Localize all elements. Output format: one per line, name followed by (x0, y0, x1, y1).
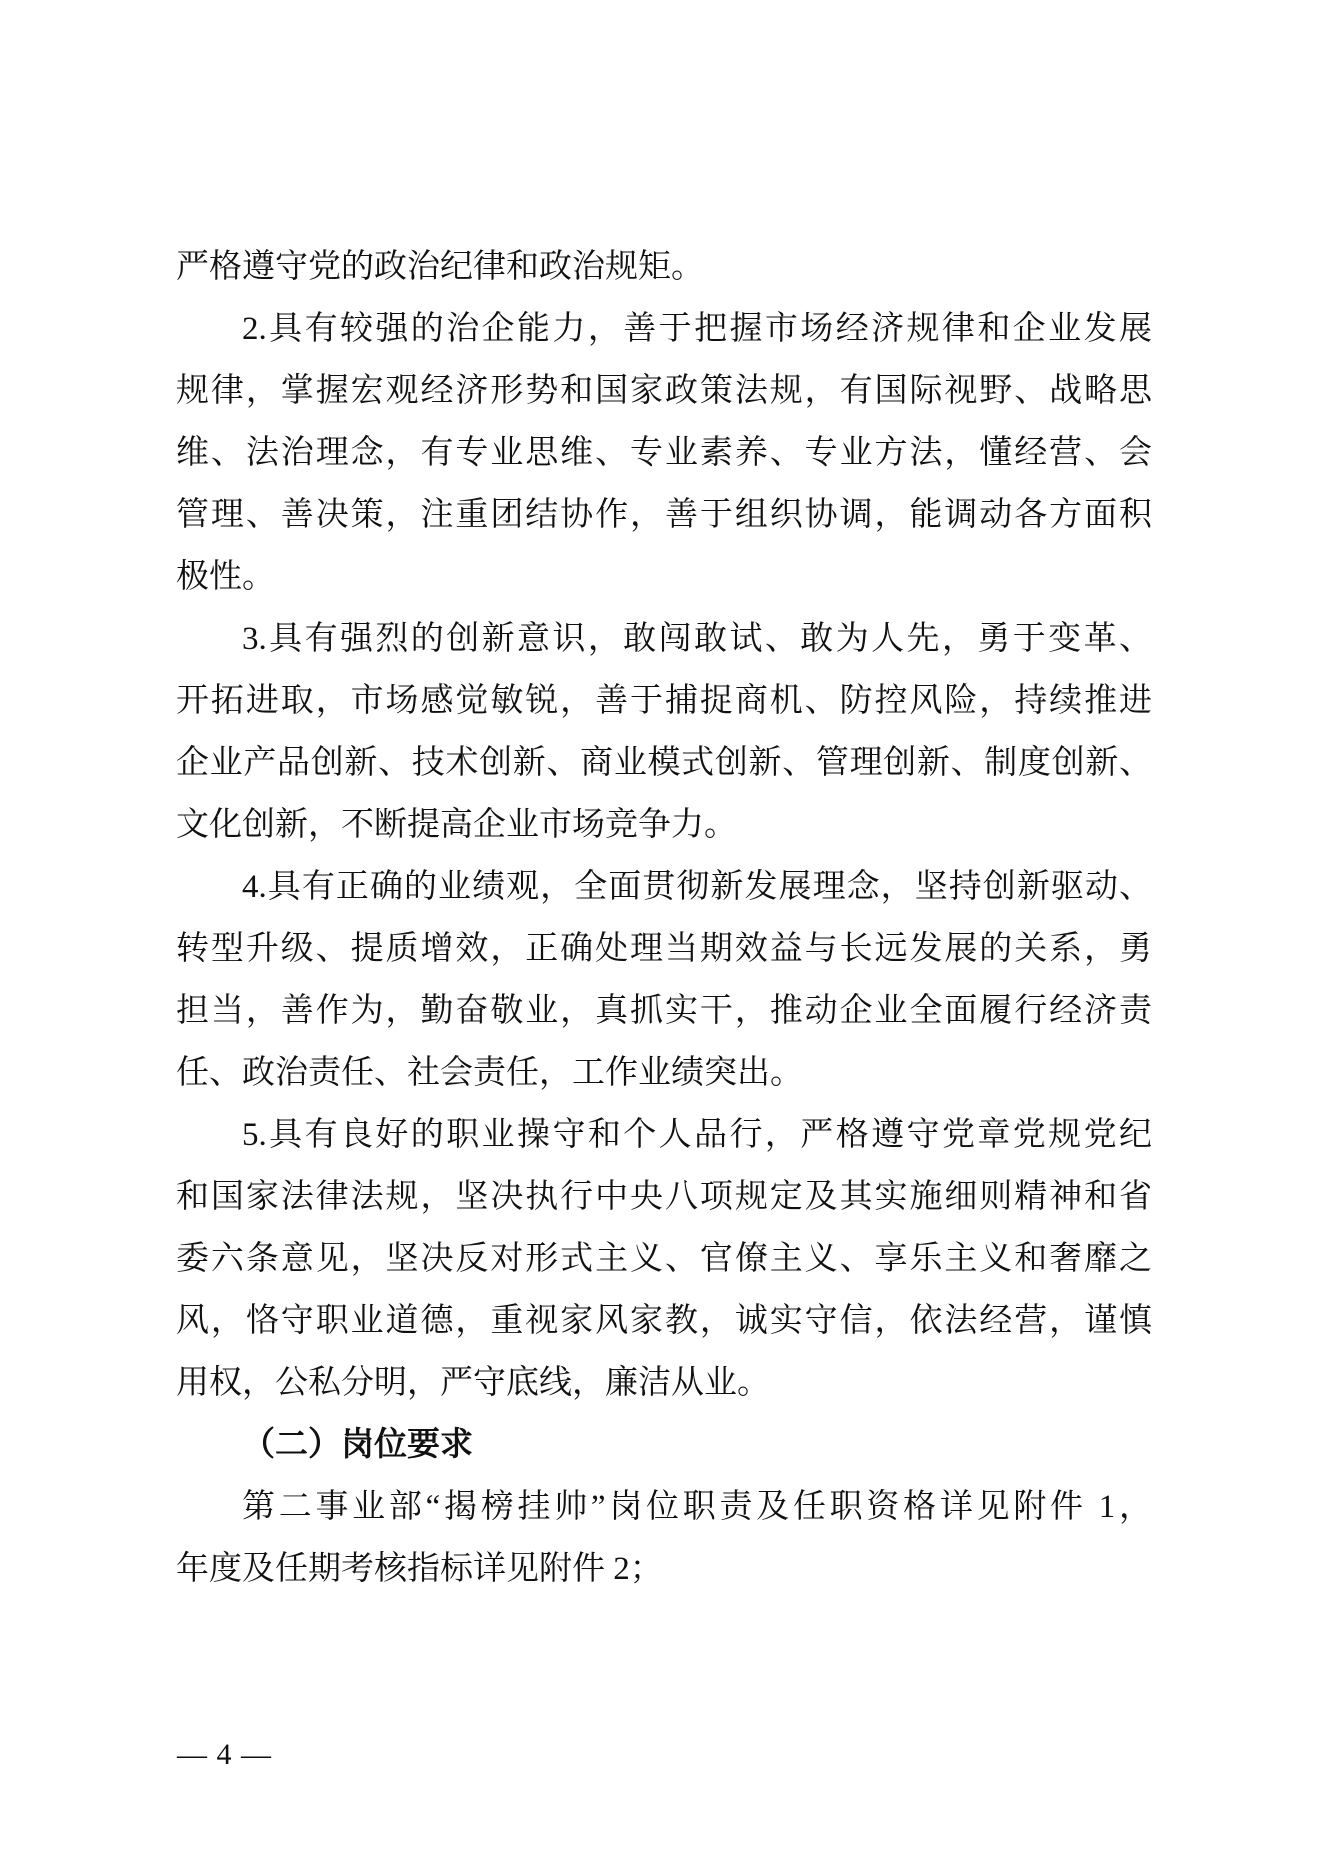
text-line: 3.具有强烈的创新意识，敢闯敢试、敢为人先，勇于变革、 (176, 608, 1152, 670)
text-line: 维、法治理念，有专业思维、专业素养、专业方法，懂经营、会 (176, 422, 1152, 484)
text-line: 任、政治责任、社会责任，工作业绩突出。 (176, 1042, 1152, 1104)
text-line: 5.具有良好的职业操守和个人品行，严格遵守党章党规党纪 (176, 1104, 1152, 1166)
text-line: 严格遵守党的政治纪律和政治规矩。 (176, 236, 1152, 298)
document-page: 严格遵守党的政治纪律和政治规矩。2.具有较强的治企能力，善于把握市场经济规律和企… (0, 0, 1323, 1871)
text-line: 和国家法律法规，坚决执行中央八项规定及其实施细则精神和省 (176, 1166, 1152, 1228)
text-line: 担当，善作为，勤奋敬业，真抓实干，推动企业全面履行经济责 (176, 980, 1152, 1042)
text-line: 极性。 (176, 546, 1152, 608)
page-number: — 4 — (177, 1740, 272, 1770)
text-line: 规律，掌握宏观经济形势和国家政策法规，有国际视野、战略思 (176, 360, 1152, 422)
text-line: 委六条意见，坚决反对形式主义、官僚主义、享乐主义和奢靡之 (176, 1228, 1152, 1290)
text-line: 开拓进取，市场感觉敏锐，善于捕捉商机、防控风险，持续推进 (176, 670, 1152, 732)
text-line: 文化创新，不断提高企业市场竞争力。 (176, 794, 1152, 856)
document-body: 严格遵守党的政治纪律和政治规矩。2.具有较强的治企能力，善于把握市场经济规律和企… (176, 236, 1152, 1600)
text-line: 2.具有较强的治企能力，善于把握市场经济规律和企业发展 (176, 298, 1152, 360)
section-heading: （二）岗位要求 (176, 1414, 1152, 1476)
text-line: 年度及任期考核指标详见附件 2； (176, 1538, 1152, 1600)
text-line: 用权，公私分明，严守底线，廉洁从业。 (176, 1352, 1152, 1414)
text-line: 转型升级、提质增效，正确处理当期效益与长远发展的关系，勇 (176, 918, 1152, 980)
text-line: 风，恪守职业道德，重视家风家教，诚实守信，依法经营，谨慎 (176, 1290, 1152, 1352)
text-line: 企业产品创新、技术创新、商业模式创新、管理创新、制度创新、 (176, 732, 1152, 794)
text-line: 管理、善决策，注重团结协作，善于组织协调，能调动各方面积 (176, 484, 1152, 546)
text-line: 4.具有正确的业绩观，全面贯彻新发展理念，坚持创新驱动、 (176, 856, 1152, 918)
text-line: 第二事业部“揭榜挂帅”岗位职责及任职资格详见附件 1， (176, 1476, 1152, 1538)
